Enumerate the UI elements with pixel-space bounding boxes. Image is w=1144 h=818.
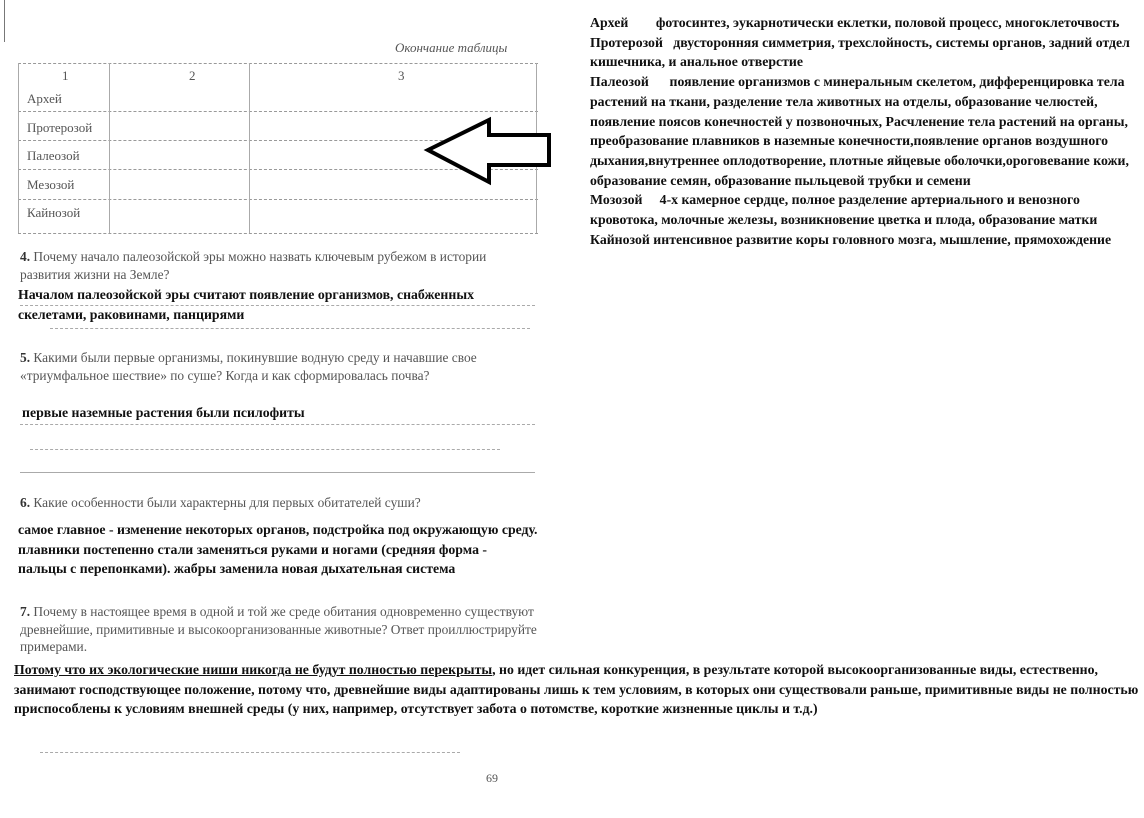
left-arrow-icon (420, 112, 560, 192)
era-note: Кайнозой интенсивное развитие коры голов… (590, 230, 1142, 250)
margin-rule (4, 0, 5, 42)
era-name: Кайнозой (590, 232, 650, 247)
answer-line (50, 328, 530, 329)
question-7: 7. Почему в настоящее время в одной и то… (20, 603, 540, 656)
question-text: Какие особенности были характерны для пе… (33, 495, 420, 510)
question-4: 4. Почему начало палеозойской эры можно … (20, 248, 540, 283)
era-note: Архей фотосинтез, эукарнотически еклетки… (590, 13, 1142, 33)
table-rule (18, 199, 538, 200)
era-text: двусторонняя симметрия, трехслойность, с… (590, 35, 1130, 70)
era-text: 4-х камерное сердце, полное разделение а… (590, 192, 1097, 227)
column-header: 1 (62, 68, 69, 84)
era-text: интенсивное развитие коры головного мозг… (653, 232, 1111, 247)
answer-6: самое главное - изменение некоторых орга… (18, 520, 538, 579)
era-text: появление организмов с минеральным скеле… (590, 74, 1129, 188)
era-note: Мозозой 4-х камерное сердце, полное разд… (590, 190, 1142, 229)
question-text: Почему начало палеозойской эры можно наз… (20, 249, 486, 282)
question-6: 6. Какие особенности были характерны для… (20, 494, 540, 512)
answer-7: Потому что их экологические ниши никогда… (14, 660, 1142, 719)
era-note: Палеозой появление организмов с минераль… (590, 72, 1142, 190)
row-label-archean: Архей (27, 91, 62, 107)
answer-underlined: Потому что их экологические ниши никогда… (14, 662, 492, 677)
era-name: Палеозой (590, 74, 649, 89)
question-5: 5. Какими были первые организмы, покинув… (20, 349, 540, 384)
row-label-paleozoic: Палеозой (27, 148, 80, 164)
era-name: Архей (590, 15, 628, 30)
era-name: Протерозой (590, 35, 663, 50)
table-caption: Окончание таблицы (395, 40, 507, 56)
column-header: 3 (398, 68, 405, 84)
answer-5: первые наземные растения были псилофиты (22, 403, 542, 423)
question-number: 7. (20, 604, 30, 619)
row-label-proterozoic: Протерозой (27, 120, 92, 136)
era-text: фотосинтез, эукарнотически еклетки, поло… (656, 15, 1120, 30)
answer-line (30, 449, 500, 450)
question-number: 4. (20, 249, 30, 264)
answer-line (20, 305, 535, 306)
row-label-cenozoic: Кайнозой (27, 205, 80, 221)
answer-line (20, 472, 535, 473)
question-number: 5. (20, 350, 30, 365)
table-rule (18, 233, 538, 234)
row-label-mesozoic: Мезозой (27, 177, 74, 193)
answer-line (40, 752, 460, 753)
answer-line (20, 424, 535, 425)
table-rule (18, 63, 538, 64)
question-text: Почему в настоящее время в одной и той ж… (20, 604, 537, 654)
era-note: Протерозой двусторонняя симметрия, трехс… (590, 33, 1142, 72)
table-rule (109, 63, 110, 233)
question-text: Какими были первые организмы, покинувшие… (20, 350, 477, 383)
column-header: 2 (189, 68, 196, 84)
era-notes: Архей фотосинтез, эукарнотически еклетки… (590, 13, 1142, 249)
table-rule (249, 63, 250, 233)
table-rule (18, 63, 19, 233)
era-name: Мозозой (590, 192, 642, 207)
page-number: 69 (486, 771, 498, 786)
question-number: 6. (20, 495, 30, 510)
